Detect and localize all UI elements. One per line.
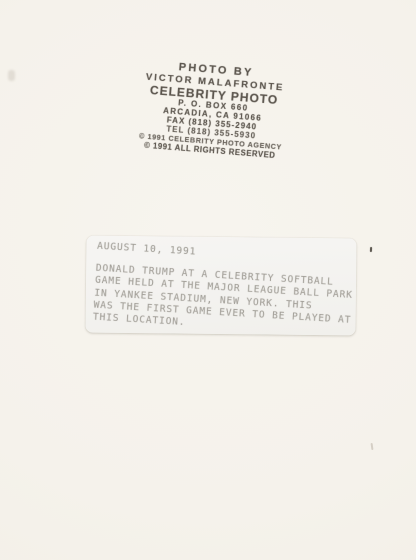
pen-mark <box>370 247 372 252</box>
photographer-stamp: PHOTO BY VICTOR MALAFRONTE CELEBRITY PHO… <box>138 59 288 161</box>
caption-label: AUGUST 10, 1991 DONALD TRUMP AT A CELEBR… <box>85 236 356 336</box>
faint-scratch <box>371 443 374 450</box>
faint-smudge <box>8 70 15 81</box>
caption-text: AUGUST 10, 1991 DONALD TRUMP AT A CELEBR… <box>93 241 356 336</box>
photo-back-scan: PHOTO BY VICTOR MALAFRONTE CELEBRITY PHO… <box>0 0 416 560</box>
